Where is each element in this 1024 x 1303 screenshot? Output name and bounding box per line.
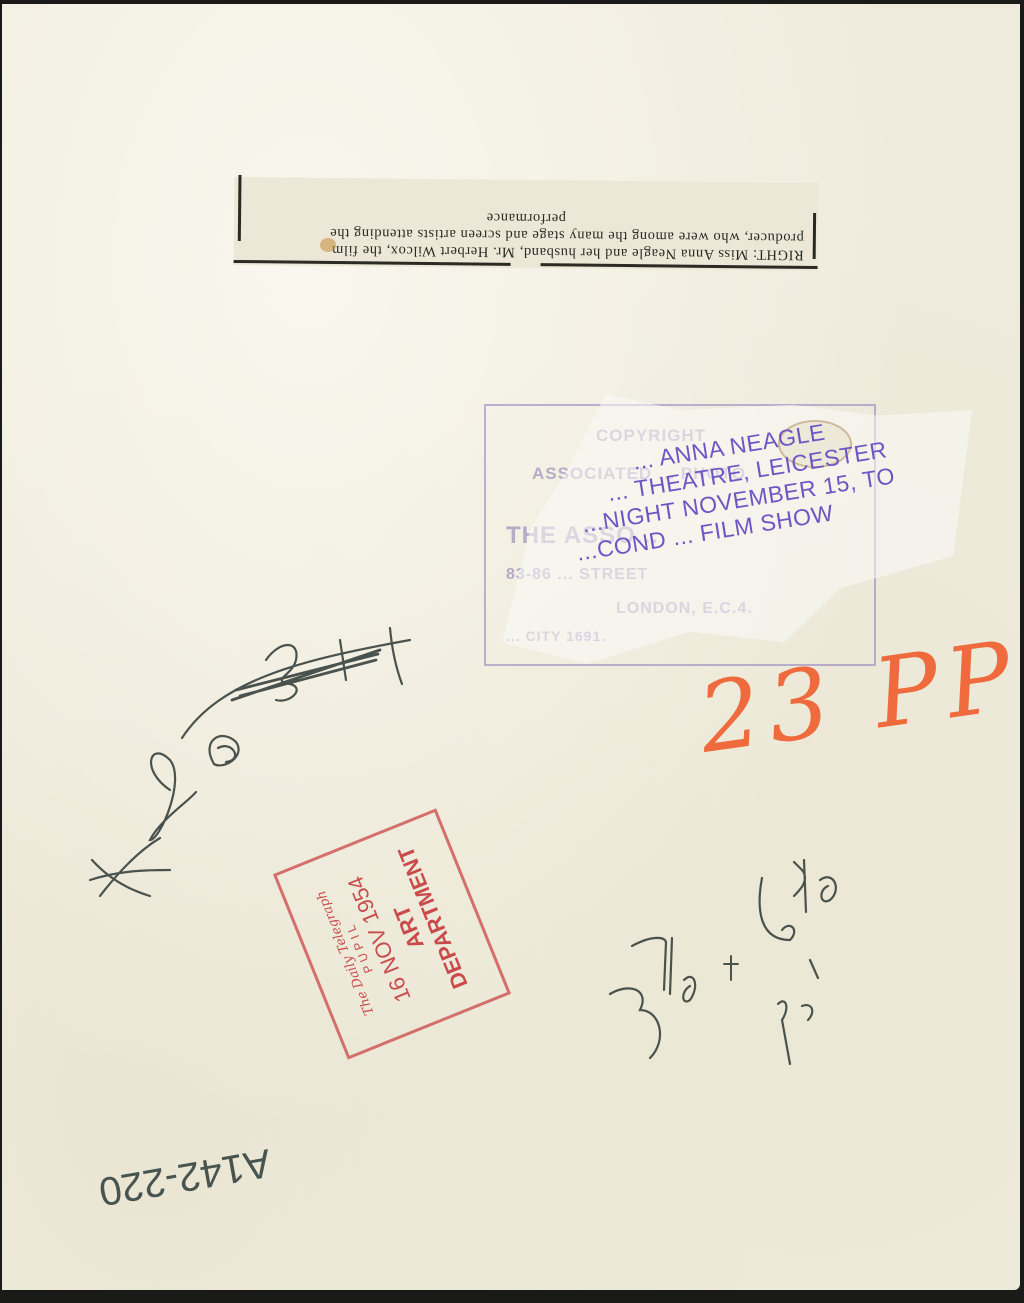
clipping-caption: RIGHT: Miss Anna Neagle and her husband,… [248, 206, 805, 263]
red-date-stamp: The Daily Telegraph PUPIL 16 NOV 1954 AR… [273, 808, 511, 1059]
clipping-bar [238, 175, 242, 241]
photo-back-paper: RIGHT: Miss Anna Neagle and her husband,… [2, 4, 1020, 1290]
clipping-bar [813, 213, 816, 259]
glue-stain [320, 238, 336, 252]
reference-code: A142-220 [95, 1139, 274, 1213]
newspaper-clipping: RIGHT: Miss Anna Neagle and her husband,… [234, 177, 819, 271]
